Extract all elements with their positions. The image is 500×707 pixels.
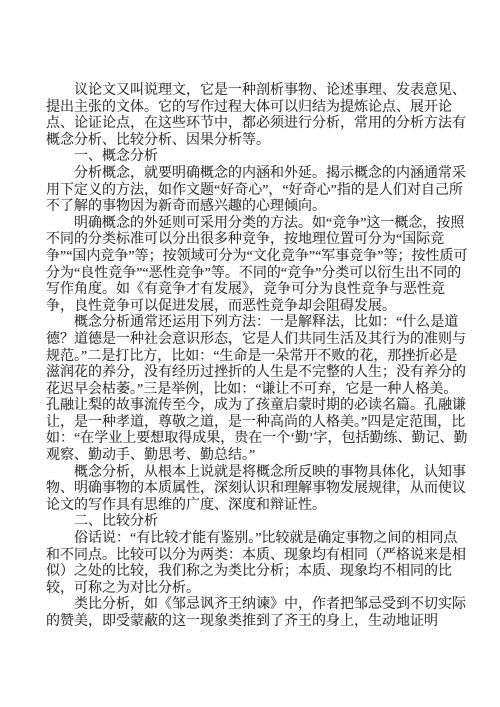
paragraph-line: 让，是一种孝道，尊敬之道，是一种高尚的人格美。”四是定范围，比 (46, 415, 472, 432)
paragraph-line: 争，良性竞争可以促进发展，而恶性竞争却会阻碍发展。 (46, 299, 472, 316)
paragraph-line: 议论文又叫说理文，它是一种剖析事物、论述事理、发表意见、 (46, 83, 472, 100)
paragraph-line: 用下定义的方法，如作文题“好奇心”，“好奇心”指的是人们对自己所 (46, 183, 472, 200)
document-body: 议论文又叫说理文，它是一种剖析事物、论述事理、发表意见、提出主张的文体。它的写作… (46, 83, 472, 631)
document-page: 议论文又叫说理文，它是一种剖析事物、论述事理、发表意见、提出主张的文体。它的写作… (0, 0, 500, 707)
paragraph-line: 类比分析，如《邹忌讽齐王纳谏》中，作者把邹忌受到不切实际 (46, 597, 472, 614)
paragraph-line: 明确概念的外延则可采用分类的方法。如“竞争”这一概念，按照 (46, 216, 472, 233)
paragraph-line: 德？道德是一种社会意识形态，它是人们共同生活及其行为的准则与 (46, 332, 472, 349)
section-heading-line: 二、比较分析 (46, 514, 472, 531)
paragraph-line: 和不同点。比较可以分为两类：本质、现象均有相同（严格说来是相 (46, 548, 472, 565)
paragraph-line: 写作角度。如《有竞争才有发展》，竞争可分为良性竞争与恶性竞 (46, 282, 472, 299)
paragraph-line: 如：“在学业上要想取得成果，贵在一个‘勤’字，包括勤练、勤记、勤 (46, 431, 472, 448)
paragraph-line: 物、明确事物的本质属性，深刻认识和理解事物发展规律，从而使议 (46, 481, 472, 498)
paragraph-line: 概念分析通常还运用下列方法：一是解释法，比如：“什么是道 (46, 315, 472, 332)
paragraph-line: 争”“国内竞争”等；按领域可分为“文化竞争”“军事竞争”等；按性质可 (46, 249, 472, 266)
paragraph-line: 概念分析、比较分析、因果分析等。 (46, 133, 472, 150)
paragraph-line: 不同的分类标准可以分出很多种竞争，按地理位置可分为“国际竞 (46, 232, 472, 249)
paragraph-line: 论文的写作具有思维的广度、深度和辩证性。 (46, 498, 472, 515)
paragraph-line: 孔融让梨的故事流传至今，成为了孩童启蒙时期的必读名篇。孔融谦 (46, 398, 472, 415)
paragraph-line: 分析概念，就要明确概念的内涵和外延。揭示概念的内涵通常采 (46, 166, 472, 183)
paragraph-line: 似）之处的比较，我们称之为类比分析；本质、现象均不相同的比 (46, 564, 472, 581)
paragraph-line: 不了解的事物因为新奇而感兴趣的心理倾向。 (46, 199, 472, 216)
paragraph-line: 滋润花的养分，没有经历过挫折的人生是不完整的人生；没有养分的 (46, 365, 472, 382)
paragraph-line: 的赞美，即受蒙蔽的这一现象类推到了齐王的身上，生动地证明 (46, 614, 472, 631)
paragraph-line: 提出主张的文体。它的写作过程大体可以归结为提炼论点、展开论 (46, 100, 472, 117)
paragraph-line: 观察、勤动手、勤思考、勤总结。” (46, 448, 472, 465)
paragraph-line: 分为“良性竞争”“恶性竞争”等。不同的“竞争”分类可以衍生出不同的 (46, 266, 472, 283)
paragraph-line: 花迟早会枯萎。”三是举例，比如：“谦让不可弃，它是一种人格美。 (46, 382, 472, 399)
paragraph-line: 规范。”二是打比方，比如：“生命是一朵常开不败的花，那挫折必是 (46, 349, 472, 366)
paragraph-line: 点、论证论点，在这些环节中，都必须进行分析，常用的分析方法有 (46, 116, 472, 133)
paragraph-line: 概念分析，从根本上说就是将概念所反映的事物具体化，认知事 (46, 465, 472, 482)
paragraph-line: 俗话说：“有比较才能有鉴别。”比较就是确定事物之间的相同点 (46, 531, 472, 548)
paragraph-line: 较，可称之为对比分析。 (46, 581, 472, 598)
section-heading-line: 一、概念分析 (46, 149, 472, 166)
